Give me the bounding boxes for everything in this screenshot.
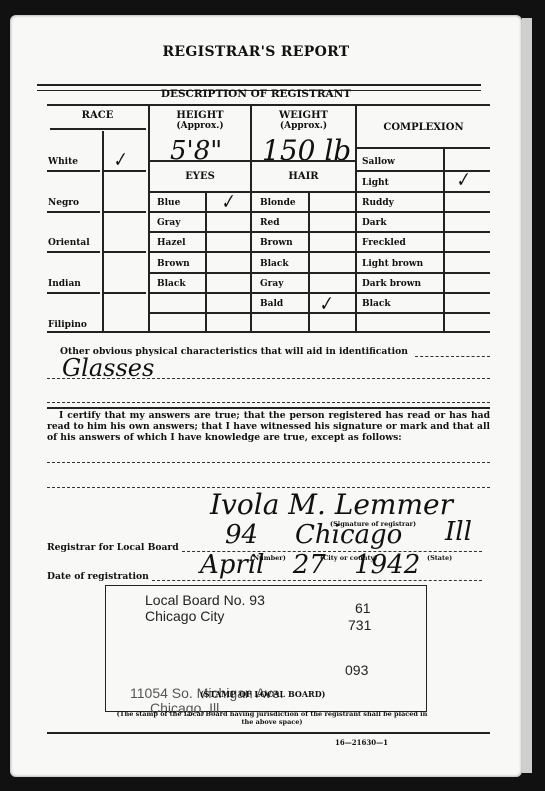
rule — [357, 312, 490, 314]
stamp-num2: 731 — [348, 617, 371, 633]
rule — [150, 160, 250, 162]
state-caption: (State) — [427, 554, 452, 562]
rule — [104, 251, 146, 253]
stamp-num1: 61 — [355, 600, 371, 616]
dash-rule — [152, 580, 482, 581]
table-top-rule — [47, 104, 490, 106]
registration-date[interactable]: April 27 1942 — [200, 550, 420, 580]
registrar-signature[interactable]: Ivola M. Lemmer — [210, 488, 453, 521]
rule — [357, 170, 490, 172]
local-board-number[interactable]: 94 — [225, 520, 258, 550]
complexion-freckled: Freckled — [362, 238, 406, 248]
col-divider — [443, 148, 445, 331]
dash-rule — [47, 402, 490, 403]
rule — [357, 211, 490, 213]
col-divider — [250, 106, 252, 331]
rule — [150, 211, 355, 213]
rule — [47, 170, 100, 172]
form-title: REGISTRAR'S REPORT — [0, 44, 512, 60]
height-value[interactable]: 5'8" — [170, 136, 222, 166]
eyes-header: EYES — [150, 171, 250, 182]
eyes-gray: Gray — [157, 218, 181, 228]
table-bottom-rule — [47, 331, 490, 333]
complexion-header: COMPLEXION — [357, 122, 490, 133]
rule — [357, 272, 490, 274]
complexion-light-brown: Light brown — [362, 259, 423, 269]
dash-rule — [415, 356, 490, 357]
rule — [50, 128, 146, 130]
section-title: DESCRIPTION OF REGISTRANT — [0, 88, 512, 100]
complexion-light: Light — [362, 178, 389, 188]
rule — [104, 170, 146, 172]
eyes-hazel: Hazel — [157, 238, 186, 248]
rule — [150, 251, 355, 253]
card-edge — [522, 18, 532, 773]
rule — [47, 211, 100, 213]
complexion-sallow: Sallow — [362, 157, 395, 167]
col-divider — [205, 192, 207, 331]
date-label: Date of registration — [47, 571, 149, 582]
col-divider — [308, 192, 310, 331]
hair-gray: Gray — [260, 279, 284, 289]
race-negro: Negro — [48, 198, 79, 208]
rule — [357, 251, 490, 253]
hair-brown: Brown — [260, 238, 293, 248]
rule — [47, 407, 490, 409]
weight-value[interactable]: 150 lb — [262, 134, 351, 167]
rule — [104, 292, 146, 294]
rule — [47, 292, 100, 294]
hair-red: Red — [260, 218, 280, 228]
hair-black: Black — [260, 259, 289, 269]
eyes-black: Black — [157, 279, 186, 289]
race-white: White — [48, 157, 78, 167]
dash-rule — [47, 462, 490, 463]
rule — [47, 251, 100, 253]
weight-approx: (Approx.) — [252, 121, 355, 132]
rule — [150, 312, 355, 314]
rule — [104, 211, 146, 213]
eyes-blue: Blue — [157, 198, 180, 208]
col-divider — [148, 106, 150, 331]
complexion-black: Black — [362, 299, 391, 309]
stamp-num3: 093 — [345, 662, 368, 678]
complexion-dark: Dark — [362, 218, 387, 228]
hair-header: HAIR — [252, 171, 355, 182]
local-board-city[interactable]: Chicago — [295, 520, 402, 550]
form-number: 16—21630—1 — [335, 738, 388, 747]
rule — [150, 191, 355, 193]
stamp-note: (The stamp of the Local Board having jur… — [112, 710, 432, 726]
race-indian: Indian — [48, 279, 81, 289]
stamp-line2: Chicago City — [145, 608, 224, 624]
rule — [47, 732, 490, 734]
race-header: RACE — [50, 110, 145, 121]
rule — [357, 191, 490, 193]
rule — [150, 231, 355, 233]
race-oriental: Oriental — [48, 238, 90, 248]
stamp-line1: Local Board No. 93 — [145, 592, 265, 608]
eyes-brown: Brown — [157, 259, 190, 269]
col-divider — [355, 106, 357, 331]
local-board-state[interactable]: Ill — [445, 517, 472, 547]
rule — [357, 231, 490, 233]
hair-bald: Bald — [260, 299, 283, 309]
rule — [357, 292, 490, 294]
col-divider — [102, 131, 104, 331]
local-board-label: Registrar for Local Board — [47, 542, 179, 553]
race-filipino: Filipino — [48, 320, 87, 330]
weight-header: WEIGHT — [252, 110, 355, 121]
complexion-dark-brown: Dark brown — [362, 279, 421, 289]
rule — [357, 147, 490, 149]
dash-rule — [47, 378, 490, 379]
rule — [150, 292, 355, 294]
hair-blonde: Blonde — [260, 198, 296, 208]
complexion-ruddy: Ruddy — [362, 198, 394, 208]
height-header: HEIGHT — [150, 110, 250, 121]
certification-text: I certify that my answers are true; that… — [47, 410, 490, 443]
stamp-caption: (STAMP OF LOCAL BOARD) — [200, 689, 325, 699]
rule — [252, 160, 355, 162]
height-approx: (Approx.) — [150, 121, 250, 132]
rule — [150, 272, 355, 274]
